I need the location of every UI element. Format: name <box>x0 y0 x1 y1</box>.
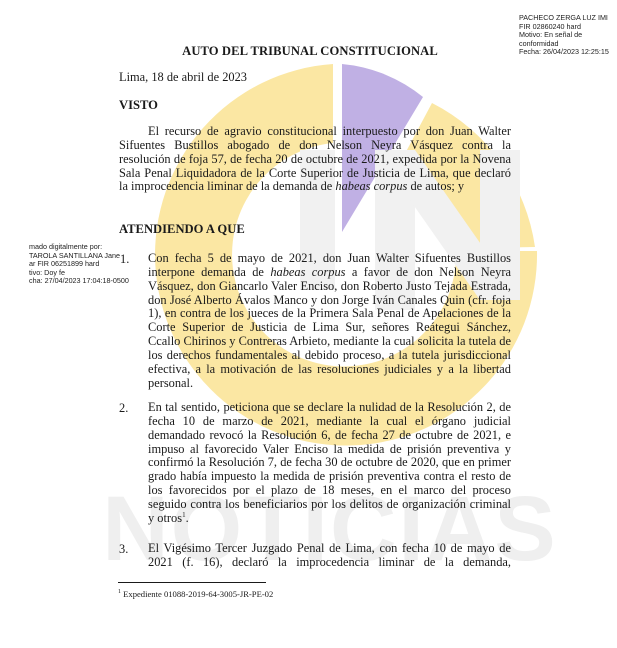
item-number: 3. <box>119 542 128 557</box>
numbered-paragraph-1: Con fecha 5 de mayo de 2021, don Juan Wa… <box>148 252 511 390</box>
date-line: Lima, 18 de abril de 2023 <box>119 71 247 85</box>
italic-term: habeas corpus <box>335 179 407 193</box>
section-heading-visto: VISTO <box>119 98 158 113</box>
item-number: 1. <box>120 252 129 267</box>
footnote: 1 Expediente 01088-2019-64-3005-JR-PE-02 <box>118 589 273 599</box>
signature-line: cha: 27/04/2023 17:04:18-0500 <box>29 277 135 286</box>
text-run: a favor de don Nelson Neyra Vásquez, don… <box>148 265 511 390</box>
footnote-divider <box>118 582 266 583</box>
digital-signature-top-right: Firmado digitalmente por: PACHECO ZERGA … <box>519 14 617 57</box>
text-run: El Vigésimo Tercer Juzgado Penal de Lima… <box>148 541 511 569</box>
item-number: 2. <box>119 401 128 416</box>
paragraph-visto: El recurso de agravio constitucional int… <box>119 125 511 194</box>
signature-line: Fecha: 26/04/2023 12:25:15 <box>519 48 617 57</box>
italic-term: habeas corpus <box>270 265 345 279</box>
text-run: . <box>186 511 189 525</box>
numbered-paragraph-2: En tal sentido, peticiona que se declare… <box>148 401 511 526</box>
numbered-paragraph-3: El Vigésimo Tercer Juzgado Penal de Lima… <box>148 542 511 570</box>
text-run: En tal sentido, peticiona que se declare… <box>148 400 511 525</box>
section-heading-atendiendo: ATENDIENDO A QUE <box>119 222 245 237</box>
text-run: de autos; y <box>407 179 464 193</box>
document-title: AUTO DEL TRIBUNAL CONSTITUCIONAL <box>120 44 500 59</box>
footnote-text: Expediente 01088-2019-64-3005-JR-PE-02 <box>121 589 273 599</box>
